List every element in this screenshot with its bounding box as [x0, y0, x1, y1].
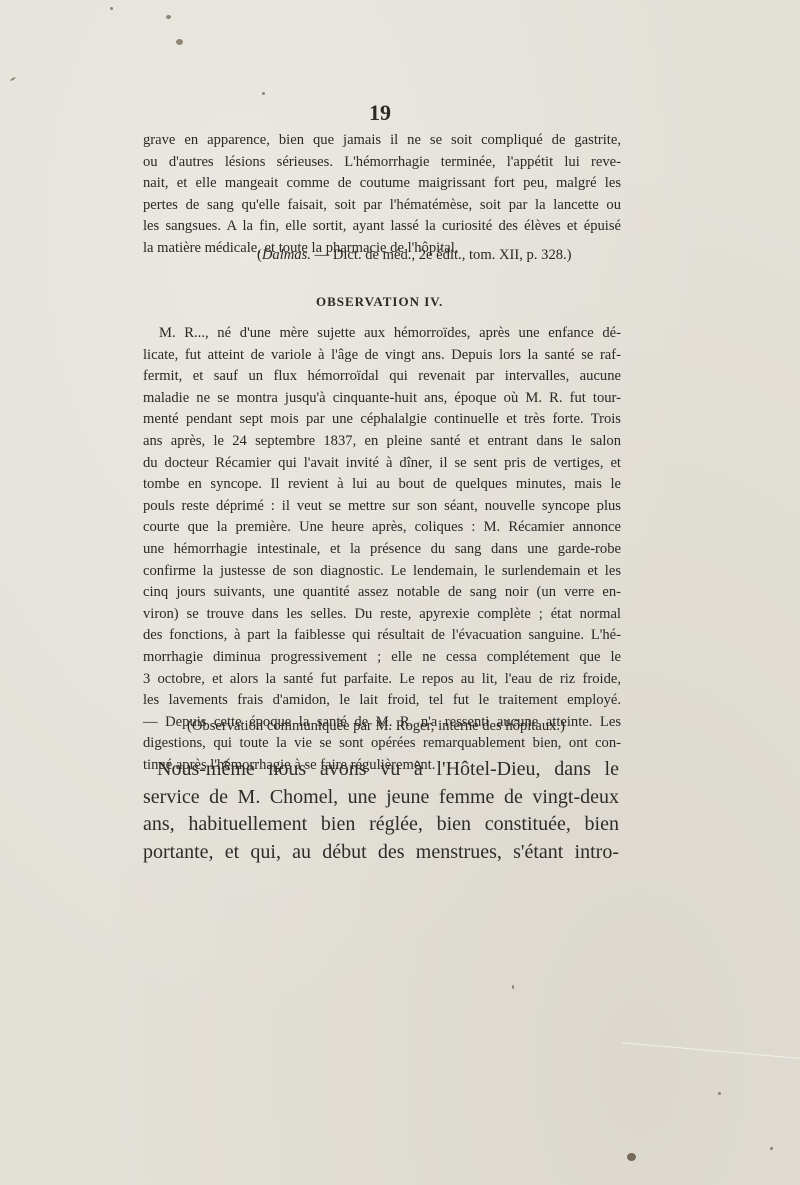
text-line: pertes de sang qu'elle faisait, soit par…: [143, 195, 621, 217]
text-line: viron) se trouve dans les selles. Du res…: [143, 604, 621, 626]
paper-speck: [770, 1147, 773, 1150]
paper-speck: [10, 77, 16, 82]
section-heading: OBSERVATION IV.: [316, 294, 443, 310]
observation-body: M. R..., né d'une mère sujette aux hémor…: [143, 323, 621, 776]
paper-speck: [166, 15, 171, 19]
text-line: nait, et elle mangeait comme de coutume …: [143, 173, 621, 195]
text-line: fermit, et sauf un flux hémorroïdal qui …: [143, 366, 621, 388]
text-line: pouls reste déprimé : il veut se mettre …: [143, 496, 621, 518]
paper-speck: [718, 1092, 721, 1095]
paper-speck: [262, 92, 265, 95]
text-line: ans après, le 24 septembre 1837, en plei…: [143, 431, 621, 453]
text-line: du docteur Récamier qui l'avait invité à…: [143, 453, 621, 475]
text-line: menté pendant sept mois par une céphalal…: [143, 409, 621, 431]
paper-speck: [627, 1153, 636, 1161]
text-line: M. R..., né d'une mère sujette aux hémor…: [143, 323, 621, 345]
paper-speck: [512, 985, 514, 989]
text-line: des fonctions, à part la faiblesse qui r…: [143, 625, 621, 647]
citation-source: — Dict. de méd., 2e édit., tom. XII, p. …: [311, 247, 572, 263]
observation-attribution: (Observation communiquée par M. Roger, i…: [187, 716, 565, 738]
text-line: confirme la justesse de son diagnostic. …: [143, 561, 621, 583]
text-line: cinq jours suivants, une quantité assez …: [143, 582, 621, 604]
text-line: les lavements frais d'amidon, le lait fr…: [143, 690, 621, 712]
text-line: maladie ne se montra jusqu'à cinquante-h…: [143, 388, 621, 410]
text-line: 3 octobre, et alors la santé fut parfait…: [143, 669, 621, 691]
text-line: morrhagie diminua progressivement ; elle…: [143, 647, 621, 669]
paper-speck: [110, 7, 113, 10]
text-line: ans, habituellement bien réglée, bien co…: [143, 811, 619, 839]
citation: (Dalmas. — Dict. de méd., 2e édit., tom.…: [257, 245, 572, 267]
text-line: courte que la première. Une heure après,…: [143, 517, 621, 539]
text-line: licate, fut atteint de variole à l'âge d…: [143, 345, 621, 367]
paragraph-main: Nous-même nous avons vu à l'Hôtel-Dieu, …: [143, 756, 619, 866]
paper-speck: [176, 39, 183, 45]
text-line: grave en apparence, bien que jamais il n…: [143, 130, 621, 152]
text-line: ou d'autres lésions sérieuses. L'hémorrh…: [143, 152, 621, 174]
page-number: 19: [369, 100, 391, 126]
text-line: Nous-même nous avons vu à l'Hôtel-Dieu, …: [143, 756, 619, 784]
text-line: les sangsues. A la fin, elle sortit, aya…: [143, 216, 621, 238]
paper-crease: [619, 1042, 800, 1089]
text-line: portante, et qui, au début des menstrues…: [143, 839, 619, 867]
paragraph-continuation: grave en apparence, bien que jamais il n…: [143, 130, 621, 260]
text-line: tombe en syncope. Il revient à lui au bo…: [143, 474, 621, 496]
citation-author: Dalmas.: [262, 247, 311, 263]
text-line: une hémorrhagie intestinale, et la prése…: [143, 539, 621, 561]
text-line: service de M. Chomel, une jeune femme de…: [143, 784, 619, 812]
